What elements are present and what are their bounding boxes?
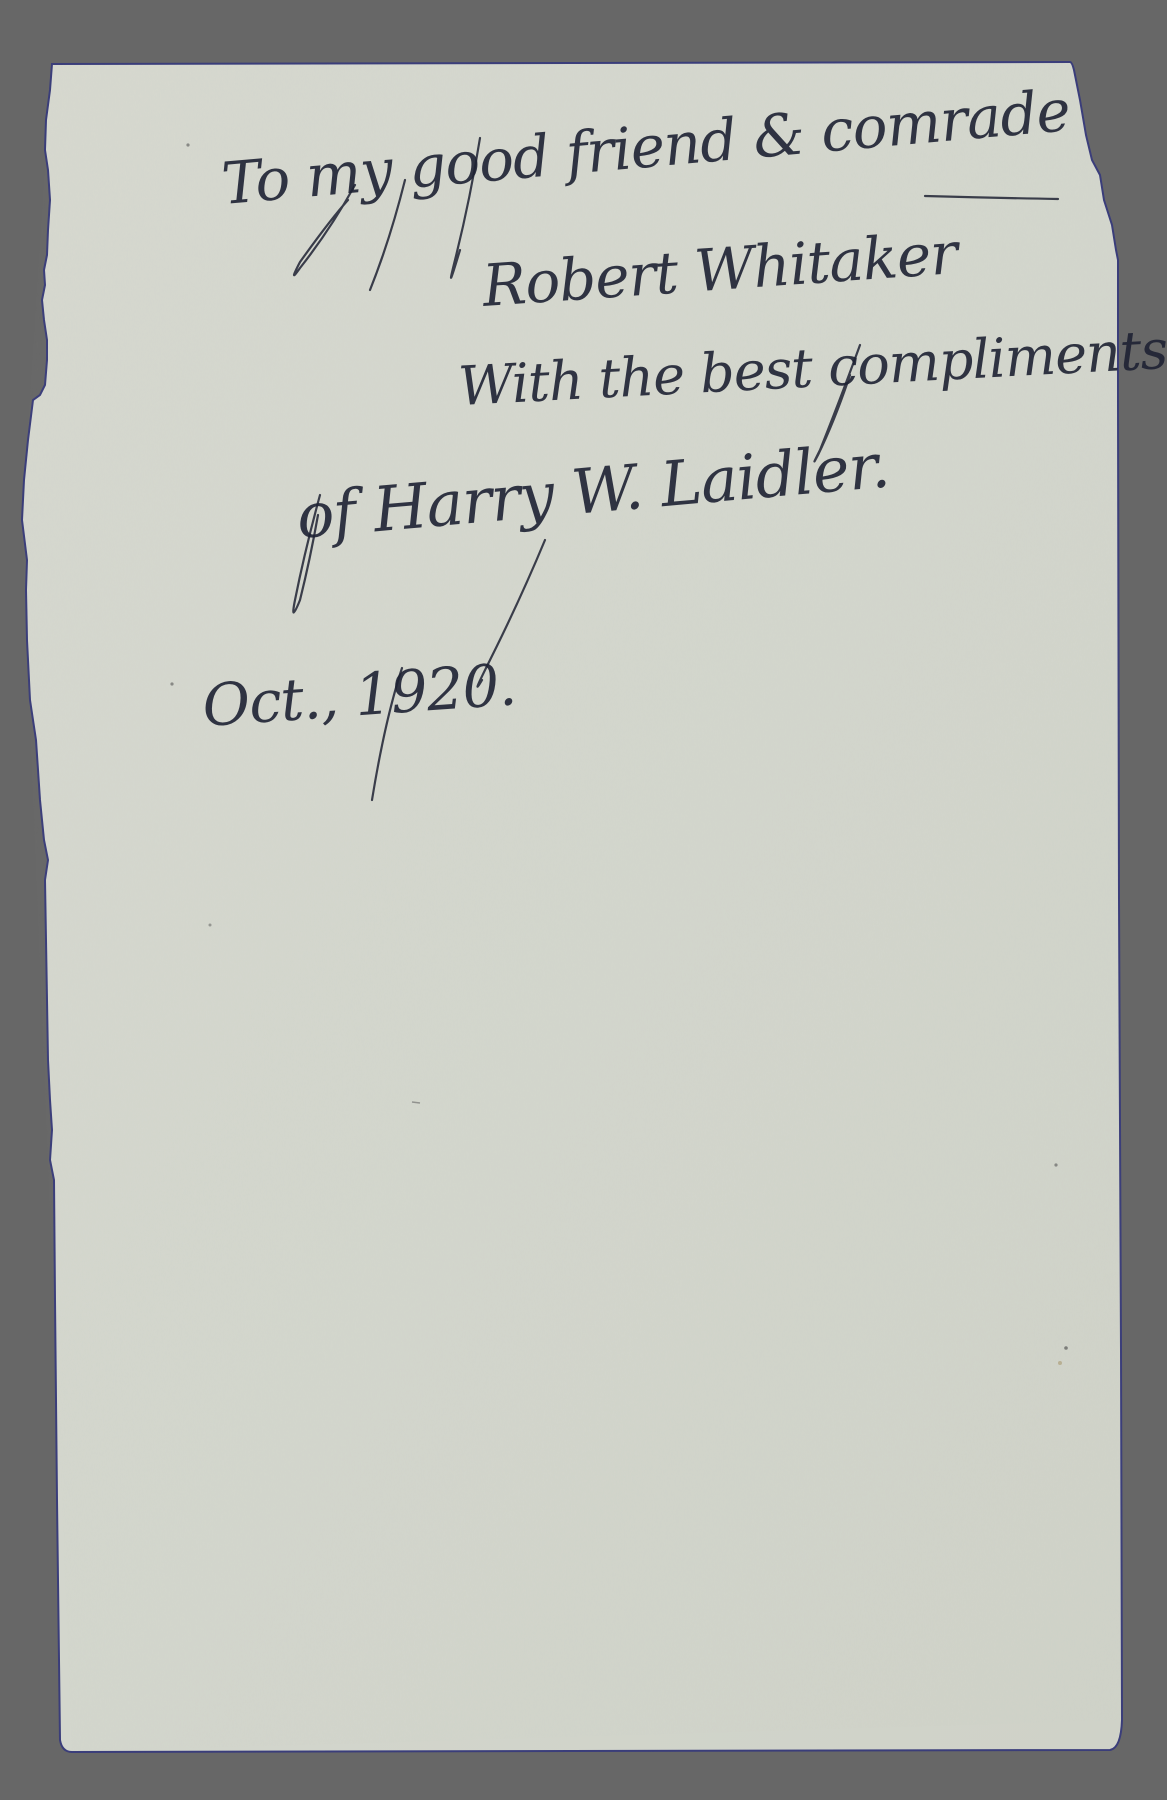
- photo-stage: To my good friend & comrade Robert Whita…: [0, 0, 1167, 1800]
- paper-sheet: [0, 0, 1167, 1800]
